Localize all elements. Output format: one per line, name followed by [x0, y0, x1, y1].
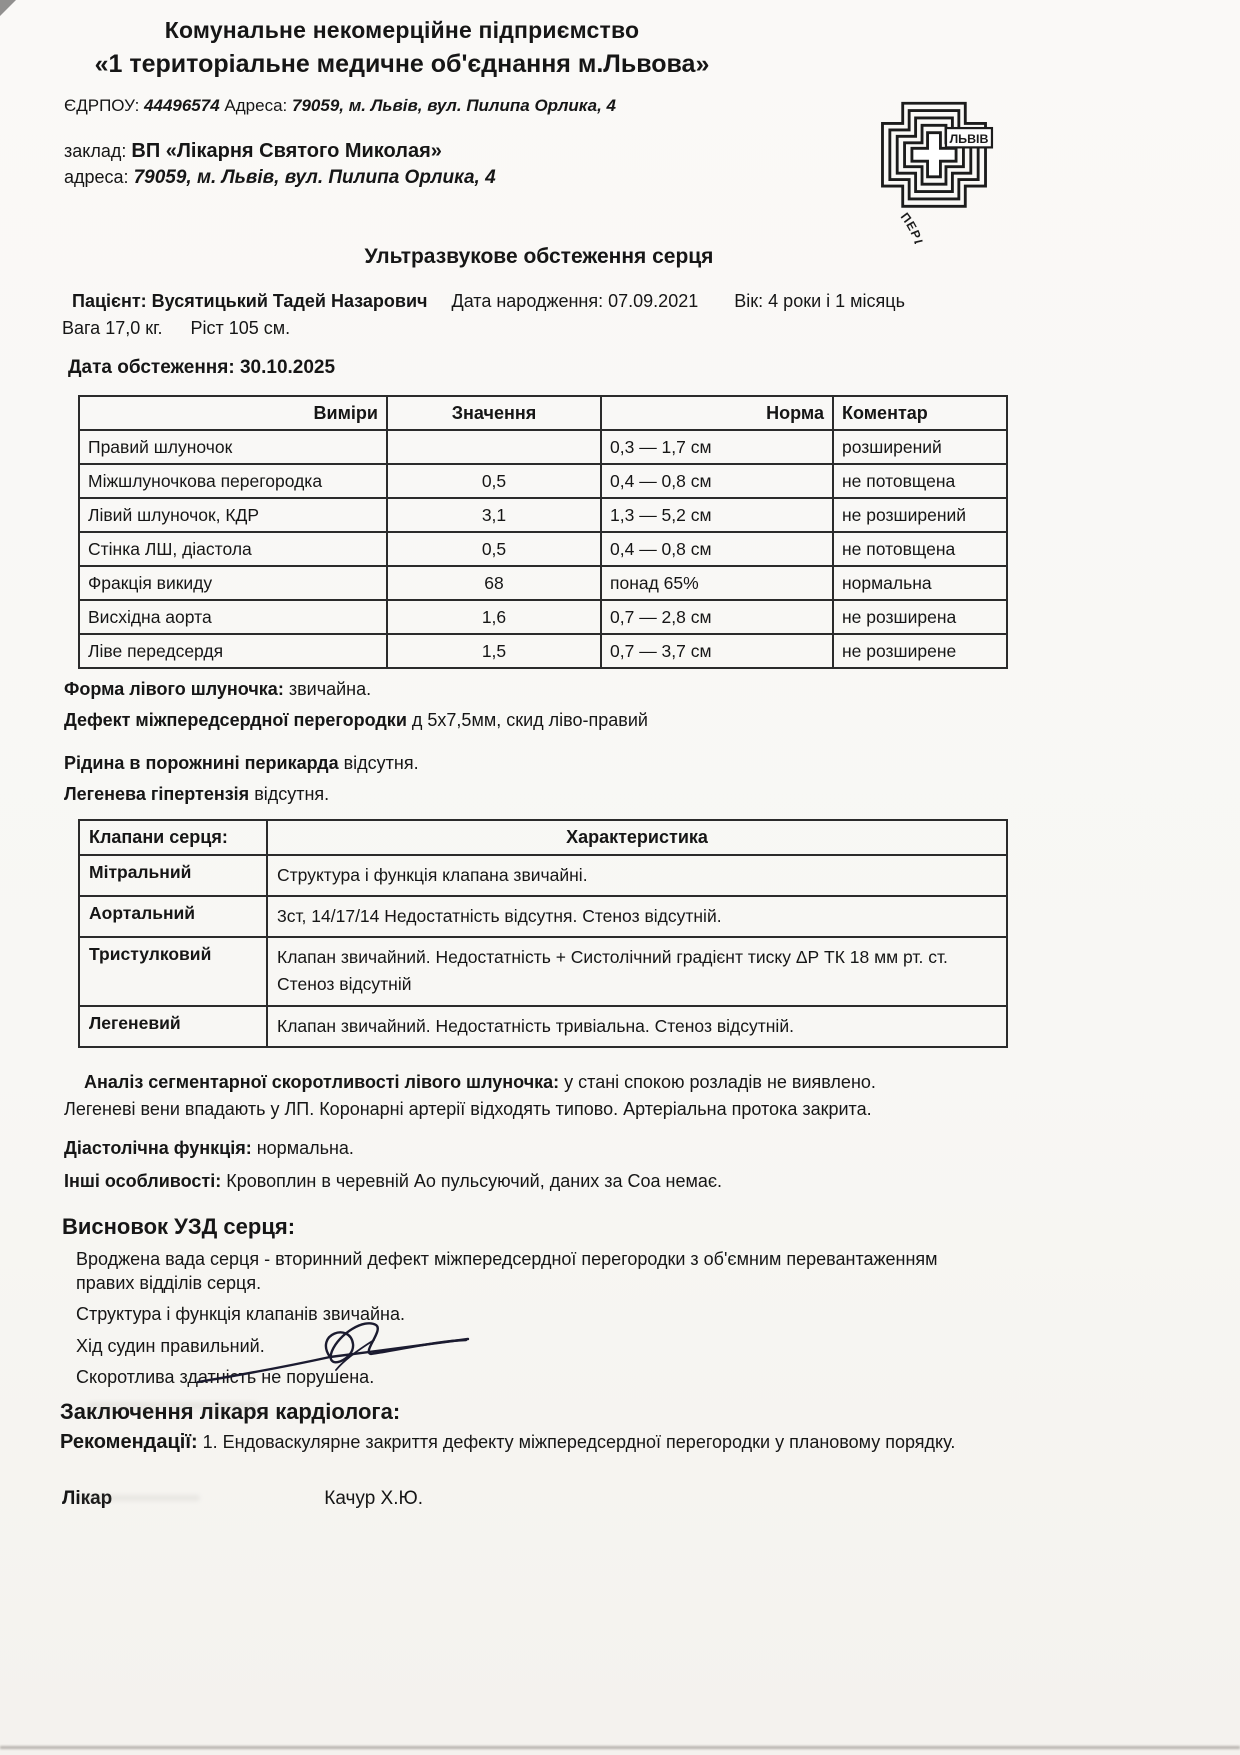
- age-value: 4 роки і 1 місяць: [768, 291, 905, 311]
- measure-comment: не потовщена: [833, 532, 1007, 566]
- measure-name: Правий шлуночок: [79, 430, 387, 464]
- patient-body-line: Вага 17,0 кг. Ріст 105 см.: [62, 318, 1240, 339]
- facility-address-line: адреса: 79059, м. Львів, вул. Пилипа Орл…: [64, 167, 1240, 189]
- measure-value: 1,5: [387, 634, 601, 668]
- pericardium-line: Рідина в порожнині перикарда відсутня.: [64, 753, 1240, 774]
- measure-value: 1,6: [387, 600, 601, 634]
- measure-comment: не розширений: [833, 498, 1007, 532]
- address-value: 79059, м. Львів, вул. Пилипа Орлика, 4: [292, 96, 616, 115]
- pulmonary-htn-label: Легенева гіпертензія: [64, 784, 249, 804]
- measure-value: 3,1: [387, 498, 601, 532]
- scan-corner-artifact: [0, 0, 16, 16]
- table-row: Ліве передсердя 1,5 0,7 — 3,7 см не розш…: [79, 634, 1007, 668]
- edrpou-label: ЄДРПОУ:: [64, 96, 139, 115]
- measure-comment: не розширена: [833, 600, 1007, 634]
- patient-height: Ріст 105 см.: [191, 318, 291, 338]
- measure-norm: 0,4 — 0,8 см: [601, 464, 833, 498]
- measure-name: Стінка ЛШ, діастола: [79, 532, 387, 566]
- measure-value: 68: [387, 566, 601, 600]
- measure-comment: не розширене: [833, 634, 1007, 668]
- measure-norm: 0,3 — 1,7 см: [601, 430, 833, 464]
- edrpou-value: 44496574: [144, 96, 220, 115]
- stamp-ring-text: ПЕРШЕ ТЕРИТОРІАЛЬНЕ МЕДИЧНЕ ОБ'ЄДНАННЯ: [842, 202, 929, 244]
- diastolic-function-line: Діастолічна функція: нормальна.: [64, 1138, 1240, 1159]
- birth-date-value: 07.09.2021: [608, 291, 698, 311]
- measure-name: Лівий шлуночок, КДР: [79, 498, 387, 532]
- svg-text:ПЕРШЕ ТЕРИТОРІАЛЬНЕ МЕДИЧНЕ ОБ: ПЕРШЕ ТЕРИТОРІАЛЬНЕ МЕДИЧНЕ ОБ'ЄДНАННЯ: [842, 202, 929, 244]
- measure-comment: розширений: [833, 430, 1007, 464]
- scan-edge-line: [0, 1746, 1240, 1749]
- table-row: Лівий шлуночок, КДР 3,1 1,3 — 5,2 см не …: [79, 498, 1007, 532]
- facility-address-label: адреса:: [64, 167, 129, 187]
- birth-date-label: Дата народження:: [452, 291, 604, 311]
- table-row: Міжшлуночкова перегородка 0,5 0,4 — 0,8 …: [79, 464, 1007, 498]
- table-row: Стінка ЛШ, діастола 0,5 0,4 — 0,8 см не …: [79, 532, 1007, 566]
- measure-norm: 0,7 — 3,7 см: [601, 634, 833, 668]
- scan-artifact: [88, 1402, 258, 1410]
- pulmonary-htn-value: відсутня.: [254, 784, 329, 804]
- diastolic-function-value: нормальна.: [257, 1138, 354, 1158]
- facility-address-value: 79059, м. Львів, вул. Пилипа Орлика, 4: [134, 167, 496, 188]
- doctor-name: Качур Х.Ю.: [324, 1488, 423, 1510]
- asd-label: Дефект міжпередсердної перегородки: [64, 710, 407, 730]
- column-header-characteristic: Характеристика: [267, 820, 1007, 855]
- table-row: Фракція викиду 68 понад 65% нормальна: [79, 566, 1007, 600]
- valve-description: Структура і функція клапана звичайні.: [267, 855, 1007, 896]
- asd-line: Дефект міжпередсердної перегородки д 5х7…: [64, 710, 1240, 731]
- table-row: Правий шлуночок 0,3 — 1,7 см розширений: [79, 430, 1007, 464]
- exam-date-value: 30.10.2025: [240, 357, 335, 378]
- measure-name: Міжшлуночкова перегородка: [79, 464, 387, 498]
- table-row: Легеневий Клапан звичайний. Недостатніст…: [79, 1006, 1007, 1047]
- measure-norm: понад 65%: [601, 566, 833, 600]
- asd-value: д 5х7,5мм, скид ліво-правий: [412, 710, 648, 730]
- measure-norm: 0,7 — 2,8 см: [601, 600, 833, 634]
- measure-value: [387, 430, 601, 464]
- measure-comment: не потовщена: [833, 464, 1007, 498]
- column-header-norm: Норма: [601, 396, 833, 430]
- table-row: Висхідна аорта 1,6 0,7 — 2,8 см не розши…: [79, 600, 1007, 634]
- facility-line: заклад: ВП «Лікарня Святого Миколая»: [64, 140, 1240, 163]
- stamp-center-text: ЛЬВІВ: [949, 132, 988, 146]
- pulmonary-htn-line: Легенева гіпертензія відсутня.: [64, 784, 1240, 805]
- conclusion-line: Вроджена вада серця - вторинний дефект м…: [76, 1247, 996, 1296]
- age-label: Вік:: [734, 291, 763, 311]
- recommendations-line: Рекомендації: 1. Ендоваскулярне закриття…: [60, 1431, 1020, 1454]
- address-label: Адреса:: [224, 96, 287, 115]
- measure-name: Фракція викиду: [79, 566, 387, 600]
- patient-label: Пацієнт:: [72, 291, 147, 311]
- lv-shape-value: звичайна.: [289, 679, 371, 699]
- edrpou-address-line: ЄДРПОУ: 44496574 Адреса: 79059, м. Львів…: [64, 96, 1240, 116]
- valve-name: Тристулковий: [79, 937, 267, 1005]
- hospital-stamp-icon: ЛЬВІВ ПЕРШЕ ТЕРИТОРІАЛЬНЕ МЕДИЧНЕ ОБ'ЄДН…: [842, 60, 1026, 244]
- valve-name: Мітральний: [79, 855, 267, 896]
- segmental-analysis-line: Аналіз сегментарної скоротливості лівого…: [84, 1072, 1240, 1093]
- valves-header-row: Клапани серця: Характеристика: [79, 820, 1007, 855]
- patient-name: Вусятицький Тадей Назарович: [152, 291, 428, 311]
- doctor-signature-row: Лікар Качур Х.Ю.: [62, 1488, 1240, 1510]
- doctor-signature: [188, 1310, 488, 1400]
- recommendations-label: Рекомендації:: [60, 1431, 198, 1453]
- facility-label: заклад:: [64, 141, 126, 161]
- valve-description: 3ст, 14/17/14 Недостатність відсутня. Ст…: [267, 896, 1007, 937]
- facility-value: ВП «Лікарня Святого Миколая»: [131, 140, 442, 162]
- conclusion-heading: Висновок УЗД серця:: [62, 1214, 1240, 1240]
- measurements-table: Виміри Значення Норма Коментар Правий шл…: [78, 395, 1008, 669]
- valve-name: Аортальний: [79, 896, 267, 937]
- valve-name: Легеневий: [79, 1006, 267, 1047]
- other-features-value: Кровоплин в черевній Ао пульсуючий, дани…: [226, 1171, 722, 1191]
- column-header-comment: Коментар: [833, 396, 1007, 430]
- document-title: Ультразвукове обстеження серця: [64, 245, 1014, 269]
- segmental-analysis-label: Аналіз сегментарної скоротливості лівого…: [84, 1072, 559, 1092]
- pericardium-label: Рідина в порожнині перикарда: [64, 753, 339, 773]
- lv-shape-label: Форма лівого шлуночка:: [64, 679, 284, 699]
- measure-norm: 0,4 — 0,8 см: [601, 532, 833, 566]
- other-features-line: Інші особливості: Кровоплин в черевній А…: [64, 1171, 1240, 1192]
- other-features-label: Інші особливості:: [64, 1171, 221, 1191]
- organization-name-line1: Комунальне некомерційне підприємство: [82, 16, 722, 45]
- table-row: Аортальний 3ст, 14/17/14 Недостатність в…: [79, 896, 1007, 937]
- lv-shape-line: Форма лівого шлуночка: звичайна.: [64, 679, 1240, 700]
- measure-norm: 1,3 — 5,2 см: [601, 498, 833, 532]
- patient-info-line: Пацієнт: Вусятицький Тадей Назарович Дат…: [72, 291, 1240, 312]
- column-header-valves: Клапани серця:: [79, 820, 267, 855]
- diastolic-function-label: Діастолічна функція:: [64, 1138, 252, 1158]
- scan-artifact: [80, 1495, 200, 1501]
- measure-value: 0,5: [387, 464, 601, 498]
- table-row: Тристулковий Клапан звичайний. Недостатн…: [79, 937, 1007, 1005]
- measure-name: Висхідна аорта: [79, 600, 387, 634]
- patient-weight: Вага 17,0 кг.: [62, 318, 162, 338]
- measure-name: Ліве передсердя: [79, 634, 387, 668]
- measure-comment: нормальна: [833, 566, 1007, 600]
- measure-value: 0,5: [387, 532, 601, 566]
- segmental-analysis-value: у стані спокою розладів не виявлено.: [564, 1072, 876, 1092]
- scanned-document-page: Комунальне некомерційне підприємство «1 …: [0, 0, 1240, 1755]
- vessels-line: Легеневі вени впадають у ЛП. Коронарні а…: [64, 1099, 1240, 1120]
- exam-date-label: Дата обстеження:: [68, 357, 235, 378]
- column-header-value: Значення: [387, 396, 601, 430]
- column-header-measures: Виміри: [79, 396, 387, 430]
- valve-description: Клапан звичайний. Недостатність тривіаль…: [267, 1006, 1007, 1047]
- valves-table: Клапани серця: Характеристика Мітральний…: [78, 819, 1008, 1048]
- measurements-header-row: Виміри Значення Норма Коментар: [79, 396, 1007, 430]
- valve-description: Клапан звичайний. Недостатність + Систол…: [267, 937, 1007, 1005]
- recommendations-value: 1. Ендоваскулярне закриття дефекту міжпе…: [203, 1432, 956, 1452]
- table-row: Мітральний Структура і функція клапана з…: [79, 855, 1007, 896]
- organization-header: Комунальне некомерційне підприємство «1 …: [82, 16, 722, 80]
- organization-name-line2: «1 територіальне медичне об'єднання м.Ль…: [82, 49, 722, 80]
- pericardium-value: відсутня.: [344, 753, 419, 773]
- exam-date-line: Дата обстеження: 30.10.2025: [68, 357, 1240, 379]
